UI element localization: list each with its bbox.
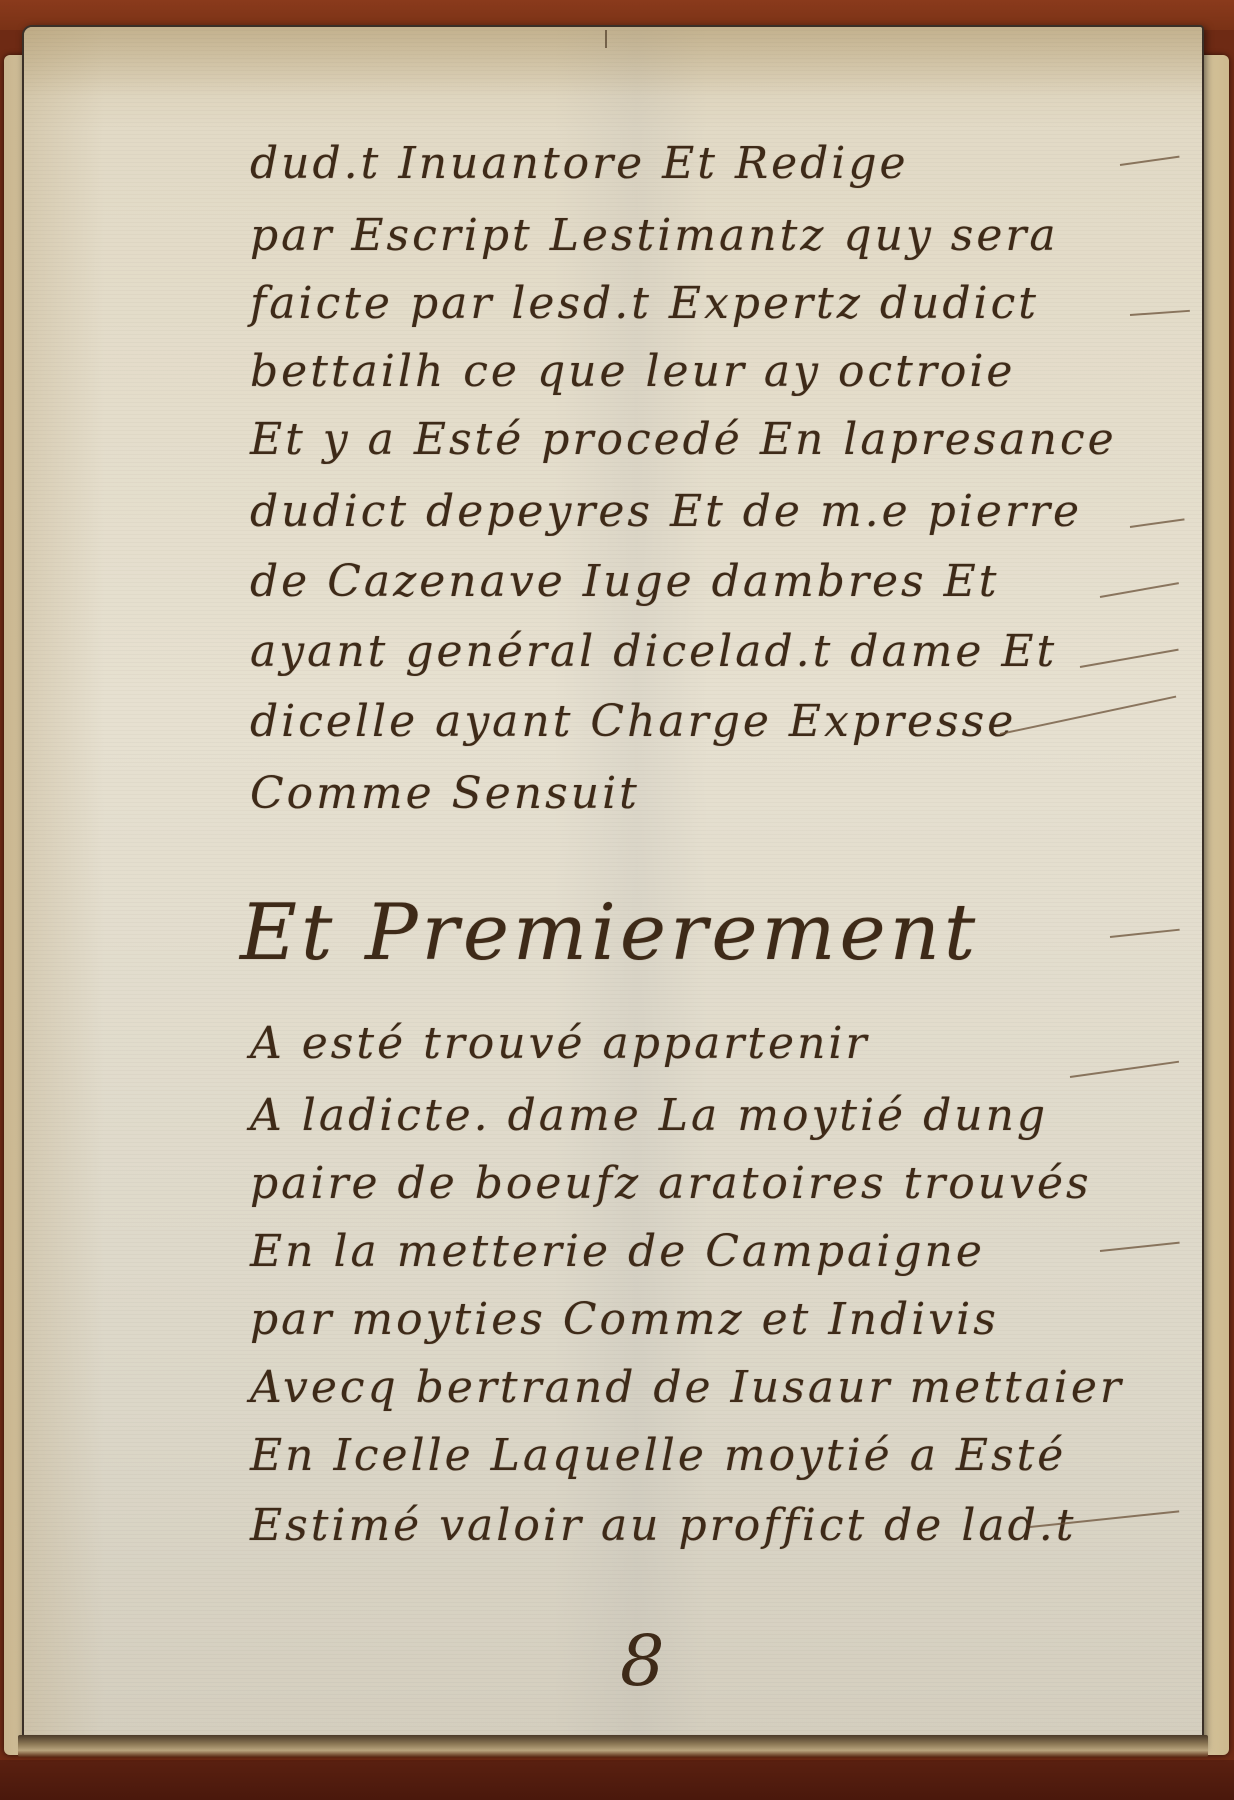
text-line: A ladicte. dame La moytié dung [250,1090,1048,1141]
text-line: Et y a Esté procedé En lapresance [250,414,1117,465]
text-line: dud.t Inuantore Et Redige [250,138,909,189]
text-line: faicte par lesd.t Expertz dudict [250,278,1039,329]
text-line: En la metterie de Campaigne [250,1226,985,1277]
text-line: par Escript Lestimantz quy sera [250,210,1059,261]
text-line: par moyties Commz et Indivis [250,1294,999,1345]
text-line: paire de boeufz aratoires trouvés [250,1158,1092,1209]
text-line: de Cazenave Iuge dambres Et [250,556,999,607]
text-line: dudict depeyres Et de m.e pierre [250,486,1082,537]
table-surface-bottom [0,1760,1234,1800]
paper-stain-top [24,27,1202,97]
page-bottom-edge [18,1735,1208,1757]
folio-mark: 8 [620,1620,665,1702]
paper-stain-left [24,27,104,1747]
text-line: ayant genéral dicelad.t dame Et [250,626,1057,677]
text-line: En Icelle Laquelle moytié a Esté [250,1430,1066,1481]
ink-tick-mark [605,30,607,48]
text-line: bettailh ce que leur ay octroie [250,346,1015,397]
text-line: dicelle ayant Charge Expresse [250,696,1016,747]
text-line: Estimé valoir au proffict de lad.t [250,1500,1076,1551]
text-line: Avecq bertrand de Iusaur mettaier [250,1362,1124,1413]
text-line: A esté trouvé appartenir [250,1018,870,1069]
section-heading: Et Premierement [240,888,979,978]
text-line: Comme Sensuit [250,768,640,819]
